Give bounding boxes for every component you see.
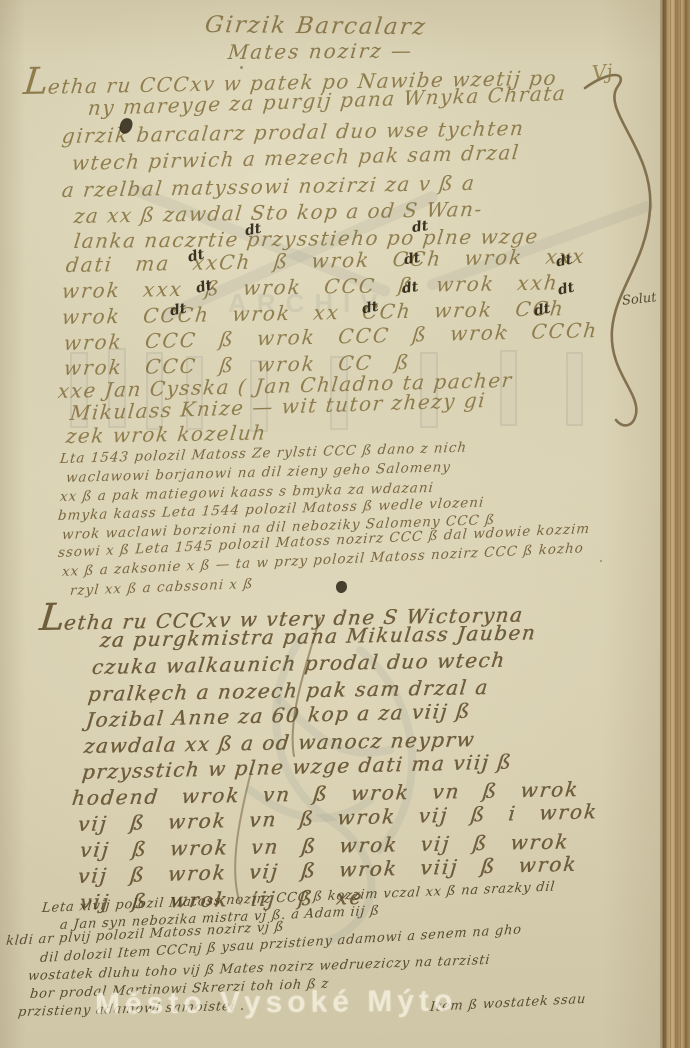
dedit-mark: dt	[555, 252, 574, 271]
dedit-mark: dt	[557, 279, 576, 298]
dedit-mark: dt	[244, 221, 263, 240]
manuscript-line: zek wrok kozeluh	[65, 420, 268, 448]
archive-watermark: Město Vysoké Mýto	[95, 984, 458, 1021]
page-curve-shadow-left	[0, 0, 26, 1048]
ink-speck	[150, 700, 152, 703]
page-curve-shadow-right	[602, 0, 662, 1048]
dedit-mark: dt	[533, 301, 552, 320]
dedit-mark: dt	[401, 279, 419, 297]
ink-speck	[505, 330, 507, 332]
dedit-mark: dt	[403, 250, 422, 268]
dedit-mark: dt	[361, 299, 380, 318]
manuscript-line: czuka walkaunich prodal duo wtech	[91, 648, 507, 679]
dedit-mark: dt	[411, 218, 429, 236]
ink-speck	[240, 66, 243, 69]
showthrough-letter-bar	[566, 352, 583, 426]
dedit-mark: dt	[187, 246, 206, 265]
book-fore-edge	[660, 0, 690, 1048]
page-title: Girzik Barcalarz	[203, 12, 428, 40]
dedit-mark: dt	[169, 301, 188, 320]
manuscript-page: ARCHIV Girzik Barcalarz Mates nozirz — V…	[0, 0, 690, 1048]
